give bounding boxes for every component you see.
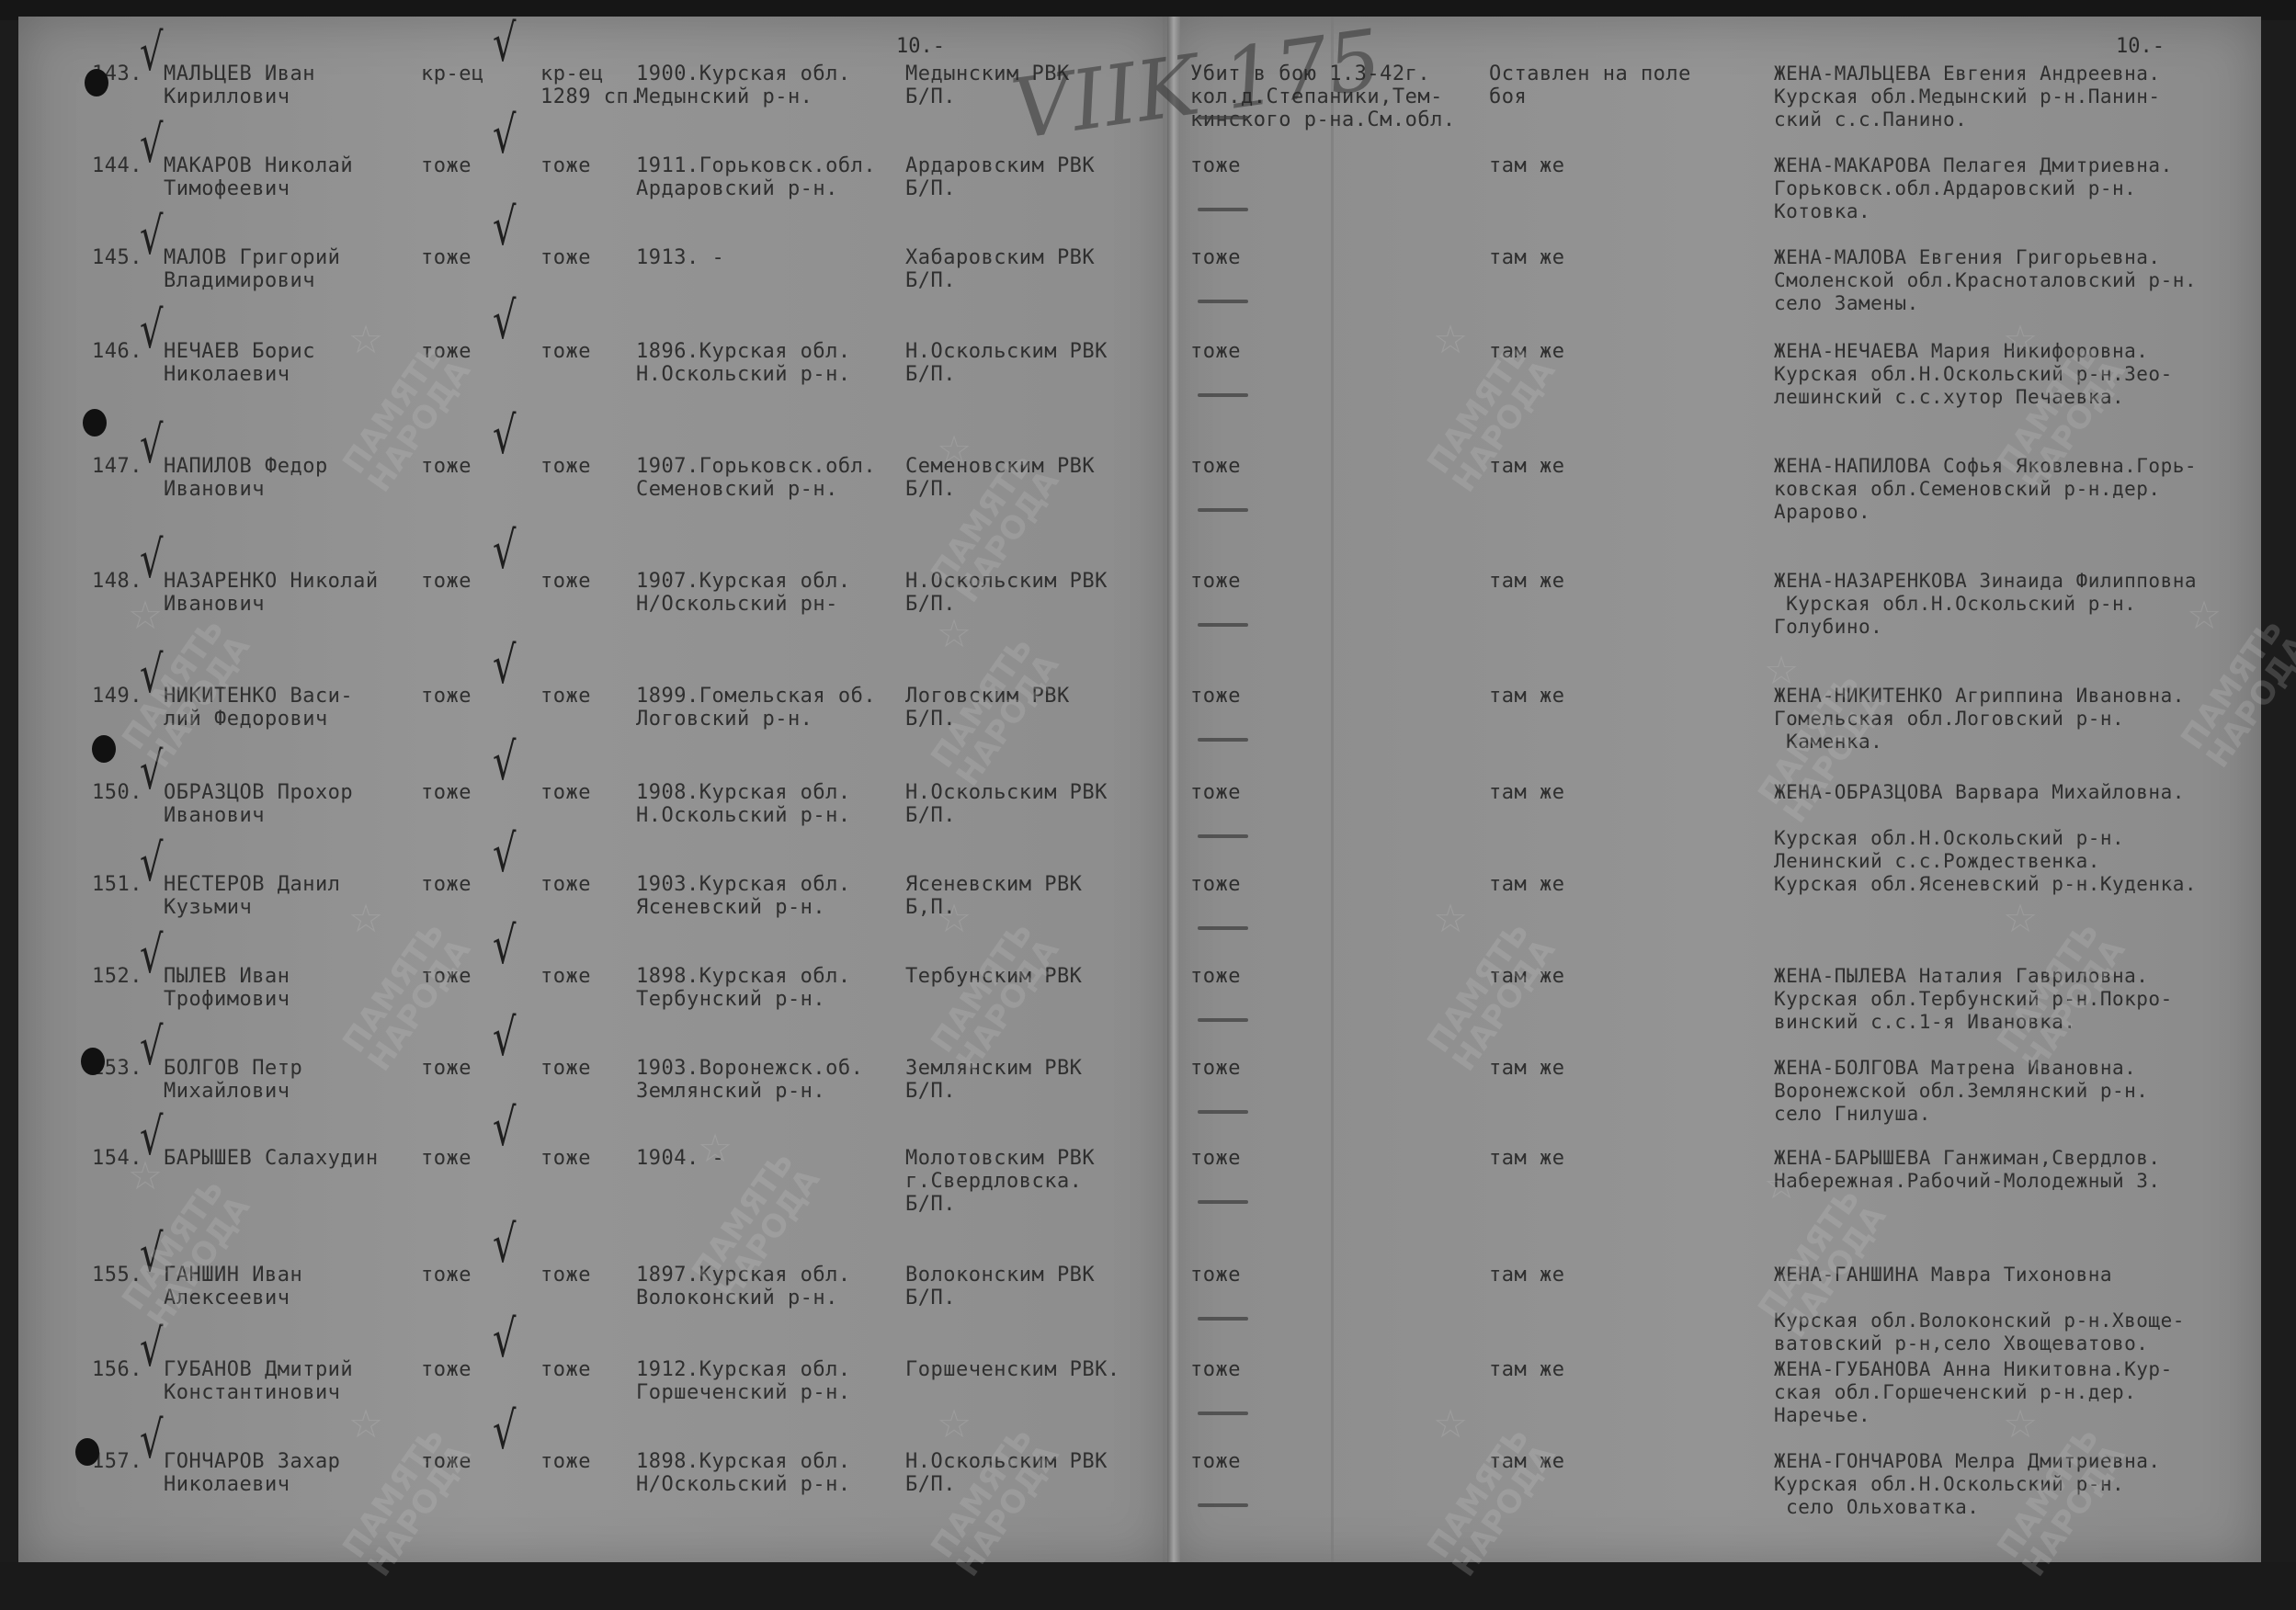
record-draft-office: Ардаровским РВК Б/П. bbox=[905, 154, 1095, 200]
checkmark-icon: √ bbox=[140, 1415, 164, 1467]
record-birth: 1900.Курская обл. Медынский р-н. bbox=[636, 62, 851, 108]
checkmark-icon: √ bbox=[140, 119, 164, 171]
record-burial: там же bbox=[1489, 685, 1564, 708]
record-unit: тоже bbox=[540, 685, 591, 708]
record-patronymic: Тимофеевич bbox=[164, 177, 290, 200]
record-death-info: тоже bbox=[1190, 455, 1241, 478]
checkmark-icon: √ bbox=[493, 202, 517, 254]
record-death-info: тоже bbox=[1190, 965, 1241, 988]
record-unit: тоже bbox=[540, 1147, 591, 1170]
record-draft-office: Н.Оскольским РВК Б/П. bbox=[905, 340, 1108, 386]
record-relative: ЖЕНА-ГОНЧАРОВА Мелра Дмитриевна. Курская… bbox=[1774, 1450, 2161, 1519]
record-relative: ЖЕНА-НЕЧАЕВА Мария Никифоровна. Курская … bbox=[1774, 340, 2173, 409]
record-birth: 1899.Гомельская об. Логовский р-н. bbox=[636, 685, 876, 731]
record-name: НЕЧАЕВ Борис bbox=[164, 340, 315, 363]
record-relative: ЖЕНА-ГАНШИНА Мавра Тихоновна Курская обл… bbox=[1774, 1264, 2185, 1355]
record-relative: ЖЕНА-НАПИЛОВА Софья Яковлевна.Горь- ковс… bbox=[1774, 455, 2197, 524]
punch-hole bbox=[81, 1048, 105, 1075]
record-rank: тоже bbox=[421, 1057, 472, 1080]
record-patronymic: Трофимович bbox=[164, 988, 290, 1011]
pencil-underline-mark bbox=[1198, 1503, 1248, 1507]
pencil-underline-mark bbox=[1198, 508, 1248, 512]
checkmark-icon: √ bbox=[140, 1022, 164, 1073]
record-rank: тоже bbox=[421, 965, 472, 988]
pencil-underline-mark bbox=[1198, 738, 1248, 742]
pencil-underline-mark bbox=[1198, 1200, 1248, 1204]
record-patronymic: Кириллович bbox=[164, 85, 290, 108]
record-rank: тоже bbox=[421, 246, 472, 269]
record-birth: 1897.Курская обл. Волоконский р-н. bbox=[636, 1264, 851, 1310]
record-patronymic: Михайлович bbox=[164, 1080, 290, 1103]
record-number: 146. bbox=[92, 340, 142, 363]
record-relative: ЖЕНА-МАКАРОВА Пелагея Дмитриевна. Горько… bbox=[1774, 154, 2173, 223]
record-unit: тоже bbox=[540, 1450, 591, 1473]
record-unit: тоже bbox=[540, 1264, 591, 1287]
punch-hole bbox=[85, 69, 108, 96]
record-draft-office: Молотовским РВК г.Свердловска. Б/П. bbox=[905, 1147, 1095, 1216]
record-birth: 1898.Курская обл. Н/Оскольский р-н. bbox=[636, 1450, 851, 1496]
record-relative: ЖЕНА-ПЫЛЕВА Наталия Гавриловна. Курская … bbox=[1774, 965, 2173, 1034]
record-birth: 1907.Горьковск.обл. Семеновский р-н. bbox=[636, 455, 876, 501]
record-name: МАЛОВ Григорий bbox=[164, 246, 340, 269]
record-number: 155. bbox=[92, 1264, 142, 1287]
record-name: НАПИЛОВ Федор bbox=[164, 455, 328, 478]
record-draft-office: Н.Оскольским РВК Б/П. bbox=[905, 781, 1108, 827]
record-burial: там же bbox=[1489, 1147, 1564, 1170]
record-patronymic: Кузьмич bbox=[164, 896, 252, 919]
record-patronymic: Константинович bbox=[164, 1381, 340, 1404]
record-death-info: тоже bbox=[1190, 1147, 1241, 1170]
record-draft-office: Тербунским РВК bbox=[905, 965, 1082, 988]
record-death-info: тоже bbox=[1190, 1450, 1241, 1473]
record-number: 144. bbox=[92, 154, 142, 177]
record-unit: тоже bbox=[540, 1358, 591, 1381]
pencil-underline-mark bbox=[1198, 208, 1248, 211]
record-birth: 1911.Горьковск.обл. Ардаровский р-н. bbox=[636, 154, 876, 200]
record-draft-office: Медынским РВК Б/П. bbox=[905, 62, 1070, 108]
record-relative: ЖЕНА-МАЛЬЦЕВА Евгения Андреевна. Курская… bbox=[1774, 62, 2161, 131]
pencil-underline-mark bbox=[1198, 623, 1248, 627]
pencil-underline-mark bbox=[1198, 1317, 1248, 1321]
record-death-info: тоже bbox=[1190, 570, 1241, 593]
record-unit: тоже bbox=[540, 154, 591, 177]
record-name: НАЗАРЕНКО Николай bbox=[164, 570, 379, 593]
pencil-underline-mark bbox=[1198, 300, 1248, 303]
pencil-underline-mark bbox=[1198, 1018, 1248, 1022]
pencil-underline-mark bbox=[1198, 834, 1248, 838]
record-patronymic: лий Федорович bbox=[164, 708, 328, 731]
record-draft-office: Семеновским РВК Б/П. bbox=[905, 455, 1095, 501]
checkmark-icon: √ bbox=[493, 1103, 517, 1154]
record-draft-office: Землянским РВК Б/П. bbox=[905, 1057, 1082, 1103]
record-unit: тоже bbox=[540, 455, 591, 478]
record-draft-office: Н.Оскольским РВК Б/П. bbox=[905, 570, 1108, 616]
checkmark-icon: √ bbox=[140, 305, 164, 357]
record-burial: там же bbox=[1489, 340, 1564, 363]
record-name: ГУБАНОВ Дмитрий bbox=[164, 1358, 353, 1381]
record-patronymic: Владимирович bbox=[164, 269, 315, 292]
pencil-underline-mark bbox=[1198, 926, 1248, 930]
punch-hole bbox=[92, 735, 116, 763]
record-birth: 1903.Воронежск.об. Землянский р-н. bbox=[636, 1057, 863, 1103]
record-unit: тоже bbox=[540, 246, 591, 269]
record-relative: ЖЕНА-ГУБАНОВА Анна Никитовна.Кур- ская о… bbox=[1774, 1358, 2173, 1427]
record-patronymic: Иванович bbox=[164, 478, 265, 501]
record-name: ГАНШИН Иван bbox=[164, 1264, 302, 1287]
record-number: 150. bbox=[92, 781, 142, 804]
pencil-underline-mark bbox=[1198, 1412, 1248, 1415]
record-draft-office: Ясеневским РВК Б,П. bbox=[905, 873, 1082, 919]
checkmark-icon: √ bbox=[493, 296, 517, 347]
record-name: ОБРАЗЦОВ Прохор bbox=[164, 781, 353, 804]
checkmark-icon: √ bbox=[493, 1013, 517, 1064]
checkmark-icon: √ bbox=[140, 28, 164, 79]
record-name: НЕСТЕРОВ Данил bbox=[164, 873, 340, 896]
record-name: БОЛГОВ Петр bbox=[164, 1057, 302, 1080]
page-number-left: 10.- bbox=[896, 35, 945, 58]
record-patronymic: Николаевич bbox=[164, 363, 290, 386]
record-death-info: тоже bbox=[1190, 1057, 1241, 1080]
record-number: 151. bbox=[92, 873, 142, 896]
record-name: МАЛЬЦЕВ Иван bbox=[164, 62, 315, 85]
record-patronymic: Алексеевич bbox=[164, 1287, 290, 1310]
record-burial: там же bbox=[1489, 570, 1564, 593]
checkmark-icon: √ bbox=[493, 1406, 517, 1457]
record-number: 149. bbox=[92, 685, 142, 708]
record-burial: там же bbox=[1489, 246, 1564, 269]
record-birth: 1904. - bbox=[636, 1147, 724, 1170]
record-unit: тоже bbox=[540, 1057, 591, 1080]
record-rank: тоже bbox=[421, 455, 472, 478]
record-number: 145. bbox=[92, 246, 142, 269]
checkmark-icon: √ bbox=[140, 746, 164, 798]
punch-hole bbox=[75, 1438, 99, 1466]
record-draft-office: Волоконским РВК Б/П. bbox=[905, 1264, 1095, 1310]
record-burial: там же bbox=[1489, 781, 1564, 804]
record-unit: тоже bbox=[540, 873, 591, 896]
record-draft-office: Логовским РВК Б/П. bbox=[905, 685, 1070, 731]
checkmark-icon: √ bbox=[140, 1229, 164, 1280]
record-burial: там же bbox=[1489, 1450, 1564, 1473]
record-rank: тоже bbox=[421, 873, 472, 896]
record-rank: тоже bbox=[421, 1264, 472, 1287]
checkmark-icon: √ bbox=[493, 921, 517, 972]
scan-border-bottom bbox=[0, 1562, 2296, 1610]
record-rank: тоже bbox=[421, 685, 472, 708]
record-name: ГОНЧАРОВ Захар bbox=[164, 1450, 340, 1473]
record-rank: тоже bbox=[421, 1358, 472, 1381]
record-relative: ЖЕНА-НИКИТЕНКО Агриппина Ивановна. Гомел… bbox=[1774, 685, 2185, 754]
checkmark-icon: √ bbox=[140, 1112, 164, 1163]
pencil-underline-mark bbox=[1198, 393, 1248, 397]
record-burial: там же bbox=[1489, 1358, 1564, 1381]
record-relative: ЖЕНА-БАРЫШЕВА Ганжиман,Свердлов. Набереж… bbox=[1774, 1147, 2161, 1193]
checkmark-icon: √ bbox=[140, 650, 164, 701]
record-death-info: тоже bbox=[1190, 1358, 1241, 1381]
record-number: 154. bbox=[92, 1147, 142, 1170]
record-number: 156. bbox=[92, 1358, 142, 1381]
record-draft-office: Хабаровским РВК Б/П. bbox=[905, 246, 1095, 292]
checkmark-icon: √ bbox=[493, 526, 517, 577]
pencil-underline-mark bbox=[1198, 116, 1248, 119]
record-burial: там же bbox=[1489, 965, 1564, 988]
record-death-info: тоже bbox=[1190, 873, 1241, 896]
record-number: 157. bbox=[92, 1450, 142, 1473]
checkmark-icon: √ bbox=[493, 411, 517, 462]
record-burial: там же bbox=[1489, 873, 1564, 896]
record-burial: там же bbox=[1489, 455, 1564, 478]
record-birth: 1912.Курская обл. Горшеченский р-н. bbox=[636, 1358, 851, 1404]
record-death-info: тоже bbox=[1190, 246, 1241, 269]
checkmark-icon: √ bbox=[493, 110, 517, 162]
record-death-info: тоже bbox=[1190, 781, 1241, 804]
record-unit: кр-ец 1289 сп. bbox=[540, 62, 642, 108]
column-rule bbox=[1331, 17, 1334, 1568]
record-number: 148. bbox=[92, 570, 142, 593]
record-name: ПЫЛЕВ Иван bbox=[164, 965, 290, 988]
record-unit: тоже bbox=[540, 340, 591, 363]
checkmark-icon: √ bbox=[493, 1314, 517, 1366]
record-relative: ЖЕНА-БОЛГОВА Матрена Ивановна. Воронежск… bbox=[1774, 1057, 2148, 1126]
record-draft-office: Н.Оскольским РВК Б/П. bbox=[905, 1450, 1108, 1496]
record-number: 147. bbox=[92, 455, 142, 478]
checkmark-icon: √ bbox=[140, 838, 164, 890]
punch-hole bbox=[83, 409, 107, 437]
pencil-underline-mark bbox=[1198, 1110, 1248, 1114]
record-burial: там же bbox=[1489, 1057, 1564, 1080]
page-number-right: 10.- bbox=[2116, 35, 2165, 58]
record-relative: ЖЕНА-НАЗАРЕНКОВА Зинаида Филипповна Курс… bbox=[1774, 570, 2197, 639]
record-patronymic: Николаевич bbox=[164, 1473, 290, 1496]
checkmark-icon: √ bbox=[493, 829, 517, 880]
record-death-info: тоже bbox=[1190, 685, 1241, 708]
record-burial: там же bbox=[1489, 1264, 1564, 1287]
record-name: НИКИТЕНКО Васи- bbox=[164, 685, 353, 708]
checkmark-icon: √ bbox=[140, 1323, 164, 1375]
record-birth: 1908.Курская обл. Н.Оскольский р-н. bbox=[636, 781, 851, 827]
record-birth: 1907.Курская обл. Н/Оскольский рн- bbox=[636, 570, 851, 616]
record-birth: 1913. - bbox=[636, 246, 724, 269]
record-rank: тоже bbox=[421, 781, 472, 804]
record-rank: тоже bbox=[421, 1450, 472, 1473]
record-relative: ЖЕНА-МАЛОВА Евгения Григорьевна. Смоленс… bbox=[1774, 246, 2197, 315]
record-unit: тоже bbox=[540, 781, 591, 804]
page-fold bbox=[1167, 17, 1180, 1568]
record-rank: тоже bbox=[421, 570, 472, 593]
record-death-info: тоже bbox=[1190, 154, 1241, 177]
record-death-info: тоже bbox=[1190, 1264, 1241, 1287]
record-rank: кр-ец bbox=[421, 62, 484, 85]
record-burial: Оставлен на поле боя bbox=[1489, 62, 1691, 108]
record-name: БАРЫШЕВ Салахудин bbox=[164, 1147, 379, 1170]
record-number: 152. bbox=[92, 965, 142, 988]
record-draft-office: Горшеченским РВК. bbox=[905, 1358, 1120, 1381]
record-relative: Курская обл.Ясеневский р-н.Куденка. bbox=[1774, 873, 2197, 896]
record-name: МАКАРОВ Николай bbox=[164, 154, 353, 177]
record-patronymic: Иванович bbox=[164, 593, 265, 616]
record-burial: там же bbox=[1489, 154, 1564, 177]
record-patronymic: Иванович bbox=[164, 804, 265, 827]
record-rank: тоже bbox=[421, 1147, 472, 1170]
record-birth: 1898.Курская обл. Тербунский р-н. bbox=[636, 965, 851, 1011]
checkmark-icon: √ bbox=[493, 1219, 517, 1271]
record-unit: тоже bbox=[540, 570, 591, 593]
record-death-info: Убит в бою 1.3-42г. кол.д.Степаники,Тем-… bbox=[1190, 62, 1456, 131]
record-rank: тоже bbox=[421, 154, 472, 177]
record-relative: ЖЕНА-ОБРАЗЦОВА Варвара Михайловна. Курск… bbox=[1774, 781, 2185, 873]
checkmark-icon: √ bbox=[493, 737, 517, 788]
checkmark-icon: √ bbox=[493, 18, 517, 70]
checkmark-icon: √ bbox=[493, 641, 517, 692]
record-rank: тоже bbox=[421, 340, 472, 363]
record-birth: 1896.Курская обл. Н.Оскольский р-н. bbox=[636, 340, 851, 386]
checkmark-icon: √ bbox=[140, 420, 164, 471]
record-unit: тоже bbox=[540, 965, 591, 988]
record-birth: 1903.Курская обл. Ясеневский р-н. bbox=[636, 873, 851, 919]
checkmark-icon: √ bbox=[140, 535, 164, 586]
checkmark-icon: √ bbox=[140, 930, 164, 981]
record-death-info: тоже bbox=[1190, 340, 1241, 363]
checkmark-icon: √ bbox=[140, 211, 164, 263]
